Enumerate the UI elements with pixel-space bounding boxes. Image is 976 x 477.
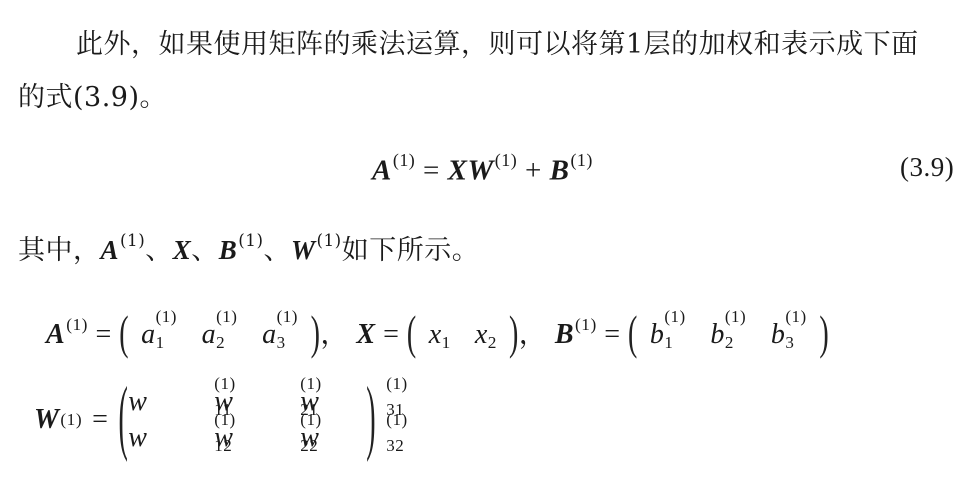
symbol-A: A [101, 235, 120, 265]
equals-sign: = [423, 154, 440, 186]
separator: 、 [145, 235, 173, 266]
equals-sign: = [383, 319, 399, 350]
symbol-W: W [291, 235, 316, 265]
superscript: (1) [317, 230, 342, 250]
matrix-B-entry: b(1)1 [650, 319, 665, 351]
equation-3-9: A(1) = XW(1) + B(1) [372, 150, 593, 187]
right-paren: ) [819, 308, 829, 362]
matrix-A-entry: a(1)1 [141, 319, 156, 351]
superscript: (1) [120, 230, 145, 250]
comma: ， [320, 319, 349, 350]
matrix-A-entry: a(1)2 [202, 319, 217, 351]
matrix-W-entry: w(1)11 [128, 386, 214, 418]
matrix-B-entry: b(1)3 [771, 319, 786, 351]
matrix-B-entry: b(1)2 [710, 319, 725, 351]
text-suffix: 如下所示。 [342, 235, 480, 266]
right-paren: ) [311, 308, 321, 362]
symbol-X: X [448, 154, 468, 186]
matrix-W-entry: w(1)12 [128, 422, 214, 454]
paragraph-2: 其中，A(1)、X、B(1)、W(1)如下所示。 [18, 228, 479, 267]
superscript: (1) [238, 230, 263, 250]
right-paren: ) [366, 372, 376, 468]
paragraph-1-line-2: 的式(3.9)。 [18, 75, 167, 114]
superscript: (1) [60, 410, 82, 430]
superscript: (1) [570, 150, 592, 170]
matrix-B-name: B [555, 319, 574, 350]
equals-sign: = [92, 404, 108, 436]
text-prefix: 其中， [18, 235, 101, 266]
superscript: (1) [393, 150, 415, 170]
matrix-A-entry: a(1)3 [262, 319, 277, 351]
matrix-X-entry: x2 [475, 319, 497, 353]
matrix-W-grid: w(1)11 w(1)21 w(1)31 w(1)12 w(1)22 w(1)3… [128, 386, 386, 454]
matrix-A-name: A [46, 319, 65, 350]
plus-sign: + [525, 154, 542, 186]
symbol-A: A [372, 154, 392, 186]
paragraph-1-line-1: 此外，如果使用矩阵的乘法运算，则可以将第1层的加权和表示成下面 [76, 22, 919, 61]
matrix-W-definition: W(1) = ( w(1)11 w(1)21 w(1)31 w(1)12 w(1… [34, 375, 376, 465]
symbol-B: B [550, 154, 570, 186]
equals-sign: = [95, 319, 111, 350]
matrix-X-name: X [356, 319, 375, 350]
separator: 、 [263, 235, 291, 266]
left-paren: ( [407, 308, 417, 362]
separator: 、 [191, 235, 219, 266]
equation-number: (3.9) [900, 152, 954, 183]
equals-sign: = [604, 319, 620, 350]
superscript: (1) [575, 315, 597, 334]
right-paren: ) [509, 308, 519, 362]
comma: ， [519, 319, 548, 350]
matrix-definitions-row: A(1) = (a(1)1a(1)2a(1)3)， X = (x1x2)， B(… [46, 312, 829, 353]
superscript: (1) [495, 150, 517, 170]
symbol-X: X [173, 235, 192, 265]
symbol-B: B [219, 235, 238, 265]
left-paren: ( [118, 372, 128, 468]
symbol-W: W [468, 154, 494, 186]
matrix-W-name: W [34, 404, 59, 436]
superscript: (1) [66, 315, 88, 334]
left-paren: ( [119, 308, 129, 362]
left-paren: ( [628, 308, 638, 362]
matrix-W-entry: w(1)22 [214, 422, 300, 454]
matrix-X-entry: x1 [429, 319, 451, 353]
